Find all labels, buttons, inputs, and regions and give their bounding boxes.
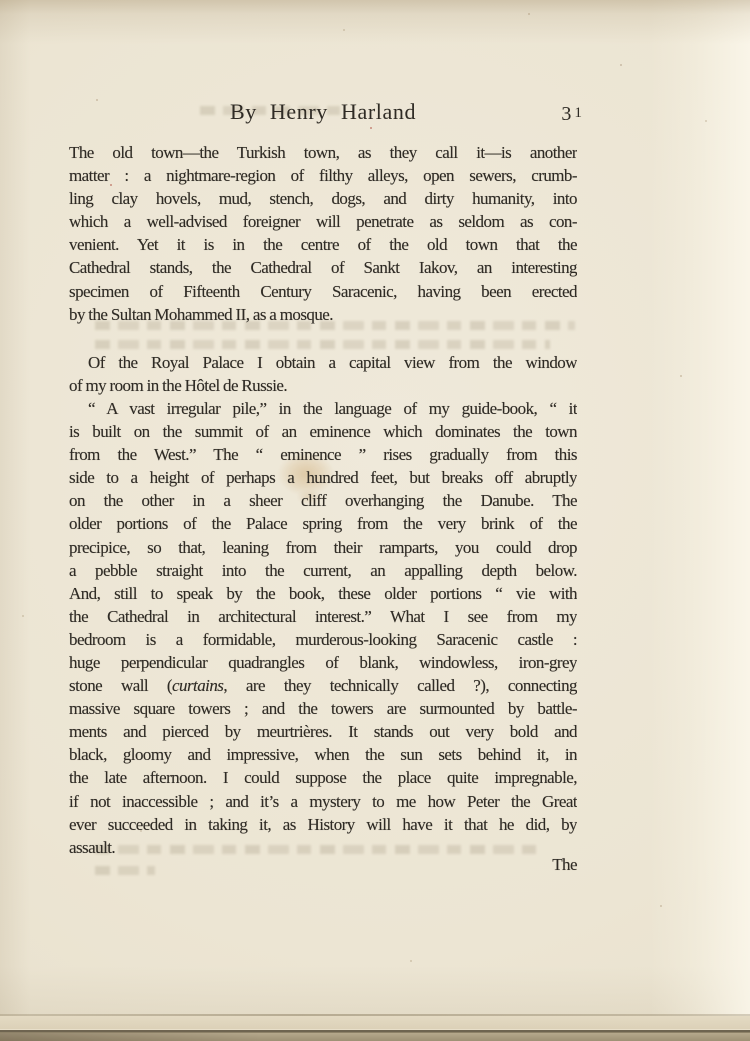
text-line: by the Sultan Mohammed II, as a mosque. bbox=[69, 303, 577, 326]
text-line: side to a height of perhaps a hundred fe… bbox=[69, 466, 577, 489]
text-line: ling clay hovels, mud, stench, dogs, and… bbox=[69, 187, 577, 210]
text-line: if not inaccessible ; and it’s a mystery… bbox=[69, 790, 577, 813]
text-line: a pebble straight into the current, an a… bbox=[69, 559, 577, 582]
text-line: venient. Yet it is in the centre of the … bbox=[69, 233, 577, 256]
text-line: the late afternoon. I could suppose the … bbox=[69, 766, 577, 789]
paragraph: “ A vast irregular pile,” in the languag… bbox=[69, 397, 577, 859]
text-line: of my room in the Hôtel de Russie. bbox=[69, 374, 577, 397]
text-line: huge perpendicular quadrangles of blank,… bbox=[69, 651, 577, 674]
text-line: matter : a nightmare-region of filthy al… bbox=[69, 164, 577, 187]
text-line: ever succeeded in taking it, as History … bbox=[69, 813, 577, 836]
text-line: massive square towers ; and the towers a… bbox=[69, 697, 577, 720]
paragraph: The old town—the Turkish town, as they c… bbox=[69, 141, 577, 326]
text-line: Of the Royal Palace I obtain a capital v… bbox=[69, 351, 577, 374]
paper-speckle bbox=[370, 127, 372, 129]
body-text: The old town—the Turkish town, as they c… bbox=[69, 141, 577, 876]
text-line: on the other in a sheer cliff overhangin… bbox=[69, 489, 577, 512]
page-number: 31 bbox=[561, 101, 585, 124]
text-line: Cathedral stands, the Cathedral of Sankt… bbox=[69, 256, 577, 279]
text-line: which a well-advised foreigner will pene… bbox=[69, 210, 577, 233]
text-line: The old town—the Turkish town, as they c… bbox=[69, 141, 577, 164]
text-line: is built on the summit of an eminence wh… bbox=[69, 420, 577, 443]
text-line: And, still to speak by the book, these o… bbox=[69, 582, 577, 605]
paragraphs-container: The old town—the Turkish town, as they c… bbox=[69, 141, 577, 859]
paragraph: Of the Royal Palace I obtain a capital v… bbox=[69, 351, 577, 397]
text-line: the Cathedral in architectural interest.… bbox=[69, 605, 577, 628]
text-line: bedroom is a formidable, murderous-looki… bbox=[69, 628, 577, 651]
text-line: precipice, so that, leaning from their r… bbox=[69, 536, 577, 559]
text-line: older portions of the Palace spring from… bbox=[69, 512, 577, 535]
page-edge bbox=[0, 1016, 750, 1029]
running-header: By Henry Harland 31 bbox=[69, 99, 577, 127]
text-line: “ A vast irregular pile,” in the languag… bbox=[69, 397, 577, 420]
text-line: black, gloomy and impressive, when the s… bbox=[69, 743, 577, 766]
text-line: stone wall (curtains, are they technical… bbox=[69, 674, 577, 697]
text-line: specimen of Fifteenth Century Saracenic,… bbox=[69, 280, 577, 303]
text-line: ments and pierced by meurtrières. It sta… bbox=[69, 720, 577, 743]
running-title: By Henry Harland bbox=[69, 99, 577, 125]
catchword: The bbox=[69, 853, 577, 876]
book-edge bbox=[0, 1033, 750, 1041]
text-line: from the West.” The “ eminence ” rises g… bbox=[69, 443, 577, 466]
